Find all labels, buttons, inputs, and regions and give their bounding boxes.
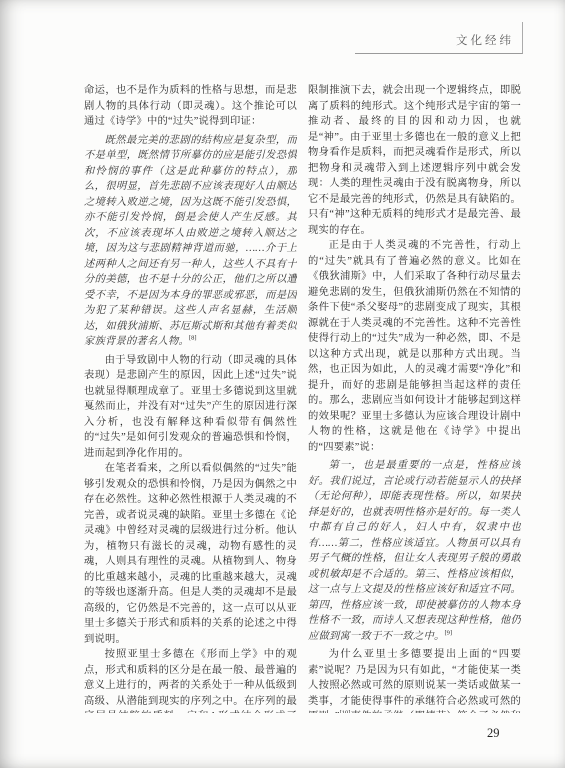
- section-label: 文化经纬: [456, 32, 514, 48]
- page-body: 命运，也不是作为质料的性格与思想，而是悲剧人物的具体行动（即灵魂）。这个推论可以…: [84, 83, 522, 713]
- paragraph: 正是由于人类灵魂的不完善性，行动上的“过失”就具有了普遍必然的意义。比如在《俄狄…: [308, 238, 521, 455]
- paragraph: 限制推演下去，就会出现一个逻辑终点，即脱离了质料的纯形式。这个纯形式是宇宙的第一…: [308, 83, 521, 238]
- paragraph: 命运，也不是作为质料的性格与思想，而是悲剧人物的具体行动（即灵魂）。这个推论可以…: [84, 83, 297, 130]
- citation-marker: [9]: [444, 629, 452, 636]
- paragraph: 在笔者看来，之所以看似偶然的“过失”能够引发观众的恐惧和怜悯，乃是因为偶然之中存…: [84, 461, 297, 647]
- journal-page: 文化经纬 命运，也不是作为质料的性格与思想，而是悲剧人物的具体行动（即灵魂）。这…: [0, 0, 565, 768]
- paragraph-text: 为什么亚里士多德要提出上面的“四要素”说呢？乃是因为只有如此，“才能使某一类人按…: [308, 649, 521, 713]
- quote-text: 第一，也是最重要的一点是，性格应该好。我们说过，言论或行动若能显示人的抉择（无论…: [308, 460, 521, 642]
- running-head: 文化经纬: [355, 22, 523, 54]
- citation-marker: [10]: [340, 710, 351, 713]
- block-quote: 既然最完美的悲剧的结构应是复杂型，而不是单型，既然情节所摹仿的应是能引发恐惧和怜…: [84, 133, 297, 350]
- right-column: 限制推演下去，就会出现一个逻辑终点，即脱离了质料的纯形式。这个纯形式是宇宙的第一…: [308, 83, 521, 713]
- citation-marker: [8]: [189, 335, 197, 342]
- paragraph: 为什么亚里士多德要提出上面的“四要素”说呢？乃是因为只有如此，“才能使某一类人按…: [308, 647, 521, 713]
- paragraph: 由于导致剧中人物的行动（即灵魂的具体表现）是悲剧产生的原因，因此上述“过失”说也…: [84, 353, 297, 462]
- left-column: 命运，也不是作为质料的性格与思想，而是悲剧人物的具体行动（即灵魂）。这个推论可以…: [84, 83, 297, 713]
- block-quote: 第一，也是最重要的一点是，性格应该好。我们说过，言论或行动若能显示人的抉择（无论…: [308, 458, 521, 644]
- quote-text: 既然最完美的悲剧的结构应是复杂型，而不是单型，既然情节所摹仿的应是能引发恐惧和怜…: [84, 135, 297, 348]
- page-number: 29: [487, 726, 500, 741]
- paragraph: 按照亚里士多德在《形而上学》中的观点，形式和质料的区分是在最一般、最普遍的意义上…: [84, 647, 297, 713]
